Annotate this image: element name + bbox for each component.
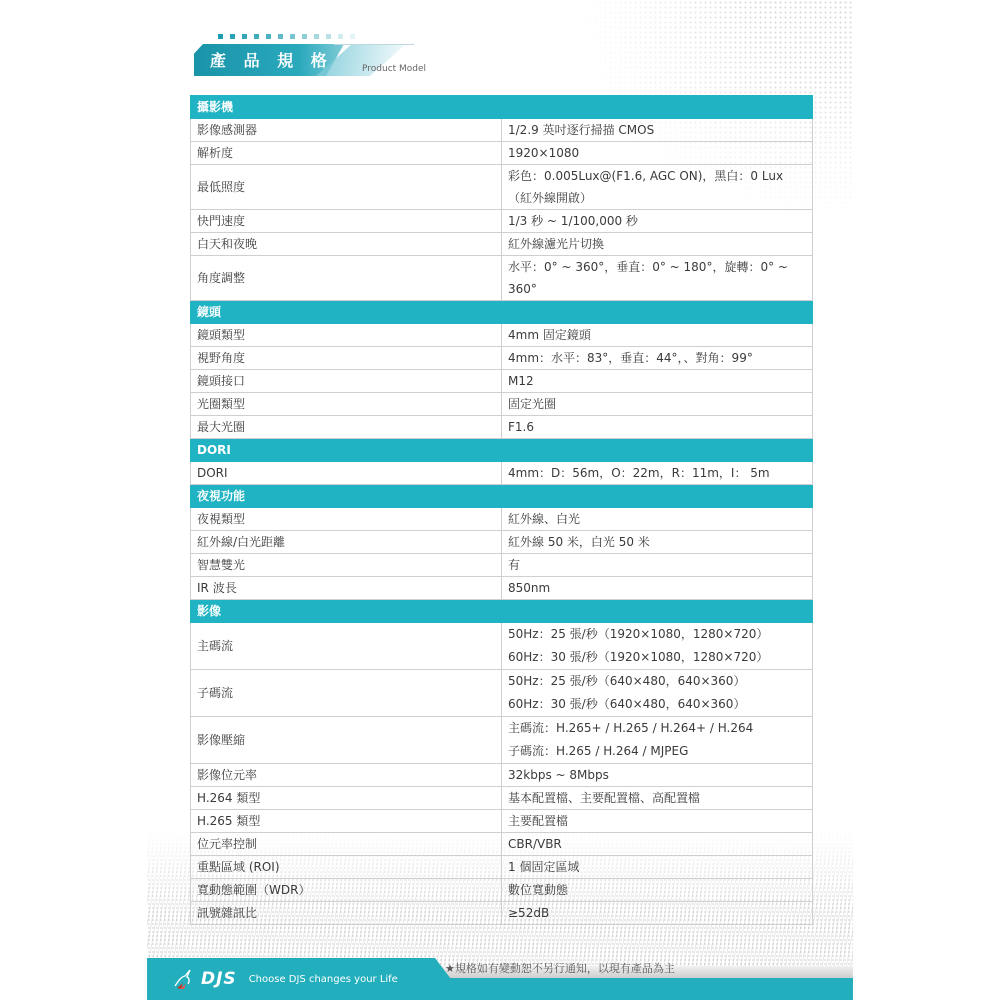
spec-value: 50Hz：25 張/秒（1920×1080，1280×720）60Hz：30 張… xyxy=(502,623,813,670)
spec-row: 位元率控制CBR/VBR xyxy=(191,833,813,856)
spec-row: 影像感測器1/2.9 英吋逐行掃描 CMOS xyxy=(191,119,813,142)
spec-row: 影像位元率32kbps ~ 8Mbps xyxy=(191,764,813,787)
spec-value: 水平：0° ~ 360°，垂直：0° ~ 180°，旋轉：0° ~ 360° xyxy=(502,256,813,301)
spec-key: 位元率控制 xyxy=(191,833,502,856)
spec-row: H.264 類型基本配置檔、主要配置檔、高配置檔 xyxy=(191,787,813,810)
spec-key: 光圈類型 xyxy=(191,393,502,416)
page-title: 產 品 規 格 xyxy=(210,48,333,71)
spec-value: 4mm：水平：83°，垂直：44°，、對角：99° xyxy=(502,347,813,370)
spec-key: 影像壓縮 xyxy=(191,717,502,764)
spec-row: H.265 類型主要配置檔 xyxy=(191,810,813,833)
section-header-row: 攝影機 xyxy=(191,96,813,119)
spec-value-line: 主碼流：H.265+ / H.265 / H.264+ / H.264 xyxy=(502,717,812,740)
section-header-row: 影像 xyxy=(191,600,813,623)
spec-row: 重點區域 (ROI)1 個固定區域 xyxy=(191,856,813,879)
spec-value: 1920×1080 xyxy=(502,142,813,165)
spec-value: 32kbps ~ 8Mbps xyxy=(502,764,813,787)
spec-row: 最低照度彩色：0.005Lux@(F1.6, AGC ON)，黑白：0 Lux（… xyxy=(191,165,813,210)
spec-value-line: 50Hz：25 張/秒（640×480，640×360） xyxy=(502,670,812,693)
section-header: 攝影機 xyxy=(191,96,813,119)
spec-value-line: 50Hz：25 張/秒（1920×1080，1280×720） xyxy=(502,623,812,646)
spec-value: 1/2.9 英吋逐行掃描 CMOS xyxy=(502,119,813,142)
spec-value: 紅外線 50 米，白光 50 米 xyxy=(502,531,813,554)
spec-row: 寬動態範圍（WDR）數位寬動態 xyxy=(191,879,813,902)
spec-key: IR 波長 xyxy=(191,577,502,600)
brand-slogan: Choose DJS changes your Life xyxy=(249,974,398,985)
spec-value: 4mm：D：56m，O：22m，R：11m，I： 5m xyxy=(502,462,813,485)
spec-row: 紅外線/白光距離紅外線 50 米，白光 50 米 xyxy=(191,531,813,554)
spec-key: 快門速度 xyxy=(191,210,502,233)
spec-value: F1.6 xyxy=(502,416,813,439)
section-header: 夜視功能 xyxy=(191,485,813,508)
spec-table: 攝影機影像感測器1/2.9 英吋逐行掃描 CMOS解析度1920×1080最低照… xyxy=(190,95,813,925)
spec-key: 白天和夜晚 xyxy=(191,233,502,256)
spec-row: 快門速度1/3 秒 ~ 1/100,000 秒 xyxy=(191,210,813,233)
section-header: DORI xyxy=(191,439,813,462)
spec-key: 重點區域 (ROI) xyxy=(191,856,502,879)
brand-logo: DJS Choose DJS changes your Life xyxy=(171,968,398,990)
spec-key: H.264 類型 xyxy=(191,787,502,810)
spec-key: 主碼流 xyxy=(191,623,502,670)
section-header-row: 鏡頭 xyxy=(191,301,813,324)
spec-row: 影像壓縮主碼流：H.265+ / H.265 / H.264+ / H.264子… xyxy=(191,717,813,764)
section-header: 鏡頭 xyxy=(191,301,813,324)
spec-value: 紅外線、白光 xyxy=(502,508,813,531)
spec-value: 850nm xyxy=(502,577,813,600)
spec-key: 鏡頭類型 xyxy=(191,324,502,347)
spec-change-notice: ★規格如有變動恕不另行通知，以現有產品為主 xyxy=(445,960,675,976)
unicorn-logo-icon xyxy=(171,968,195,990)
spec-key: 智慧雙光 xyxy=(191,554,502,577)
spec-key: 最低照度 xyxy=(191,165,502,210)
spec-value: 4mm 固定鏡頭 xyxy=(502,324,813,347)
spec-value: M12 xyxy=(502,370,813,393)
spec-row: DORI4mm：D：56m，O：22m，R：11m，I： 5m xyxy=(191,462,813,485)
spec-key: 視野角度 xyxy=(191,347,502,370)
spec-value: 1 個固定區域 xyxy=(502,856,813,879)
spec-key: DORI xyxy=(191,462,502,485)
spec-key: 子碼流 xyxy=(191,670,502,717)
spec-row: 光圈類型固定光圈 xyxy=(191,393,813,416)
title-divider xyxy=(334,44,414,45)
page-subtitle: Product Model xyxy=(362,64,426,74)
section-title-banner: 產 品 規 格 Product Model xyxy=(194,34,434,79)
spec-row: 夜視類型紅外線、白光 xyxy=(191,508,813,531)
spec-row: 訊號雜訊比≥52dB xyxy=(191,902,813,925)
spec-row: 主碼流50Hz：25 張/秒（1920×1080，1280×720）60Hz：3… xyxy=(191,623,813,670)
spec-key: 紅外線/白光距離 xyxy=(191,531,502,554)
spec-value-line: 60Hz：30 張/秒（640×480，640×360） xyxy=(502,693,812,716)
spec-value: 數位寬動態 xyxy=(502,879,813,902)
spec-value: 固定光圈 xyxy=(502,393,813,416)
spec-value: 主要配置檔 xyxy=(502,810,813,833)
spec-row: 白天和夜晚紅外線濾光片切換 xyxy=(191,233,813,256)
spec-row: 角度調整水平：0° ~ 360°，垂直：0° ~ 180°，旋轉：0° ~ 36… xyxy=(191,256,813,301)
brand-name: DJS xyxy=(201,969,237,989)
spec-row: 鏡頭接口M12 xyxy=(191,370,813,393)
spec-key: H.265 類型 xyxy=(191,810,502,833)
spec-key: 影像位元率 xyxy=(191,764,502,787)
spec-value: 50Hz：25 張/秒（640×480，640×360）60Hz：30 張/秒（… xyxy=(502,670,813,717)
spec-sheet-page: 產 品 規 格 Product Model 攝影機影像感測器1/2.9 英吋逐行… xyxy=(147,0,853,1000)
section-header-row: DORI xyxy=(191,439,813,462)
spec-value: 1/3 秒 ~ 1/100,000 秒 xyxy=(502,210,813,233)
spec-key: 訊號雜訊比 xyxy=(191,902,502,925)
spec-key: 角度調整 xyxy=(191,256,502,301)
spec-value: 主碼流：H.265+ / H.265 / H.264+ / H.264子碼流：H… xyxy=(502,717,813,764)
spec-row: IR 波長850nm xyxy=(191,577,813,600)
spec-key: 影像感測器 xyxy=(191,119,502,142)
spec-value-line: 子碼流：H.265 / H.264 / MJPEG xyxy=(502,740,812,763)
spec-row: 子碼流50Hz：25 張/秒（640×480，640×360）60Hz：30 張… xyxy=(191,670,813,717)
spec-key: 鏡頭接口 xyxy=(191,370,502,393)
spec-value: 有 xyxy=(502,554,813,577)
spec-value-line: 60Hz：30 張/秒（1920×1080，1280×720） xyxy=(502,646,812,669)
decorative-dots xyxy=(218,34,355,39)
spec-key: 解析度 xyxy=(191,142,502,165)
section-header-row: 夜視功能 xyxy=(191,485,813,508)
spec-row: 視野角度4mm：水平：83°，垂直：44°，、對角：99° xyxy=(191,347,813,370)
spec-value: 基本配置檔、主要配置檔、高配置檔 xyxy=(502,787,813,810)
section-header: 影像 xyxy=(191,600,813,623)
spec-value: 紅外線濾光片切換 xyxy=(502,233,813,256)
spec-key: 夜視類型 xyxy=(191,508,502,531)
spec-key: 寬動態範圍（WDR） xyxy=(191,879,502,902)
spec-row: 鏡頭類型4mm 固定鏡頭 xyxy=(191,324,813,347)
spec-value: CBR/VBR xyxy=(502,833,813,856)
spec-key: 最大光圈 xyxy=(191,416,502,439)
spec-value: 彩色：0.005Lux@(F1.6, AGC ON)，黑白：0 Lux（紅外線開… xyxy=(502,165,813,210)
spec-row: 智慧雙光有 xyxy=(191,554,813,577)
spec-row: 解析度1920×1080 xyxy=(191,142,813,165)
spec-value: ≥52dB xyxy=(502,902,813,925)
spec-row: 最大光圈F1.6 xyxy=(191,416,813,439)
